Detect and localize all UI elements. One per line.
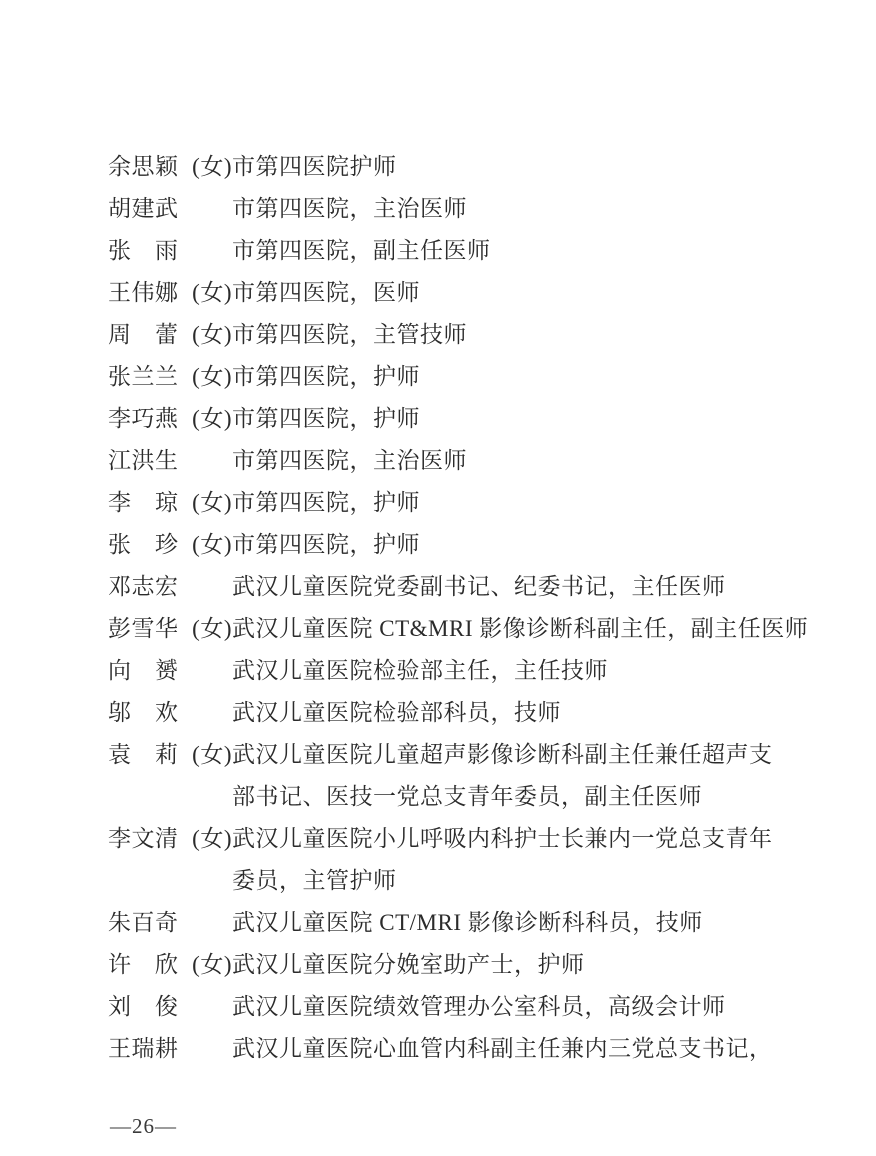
position-text: 市第四医院，主管技师 [232,314,814,356]
gender-marker: (女) [192,734,232,776]
roster-entry: 朱百奇 武汉儿童医院 CT/MRI 影像诊断科科员，技师 [108,902,814,944]
gender-marker: (女) [192,356,232,398]
person-name: 王瑞耕 [108,1028,179,1070]
position-line: 市第四医院，副主任医师 [232,230,814,272]
position-text: 武汉儿童医院小儿呼吸内科护士长兼内一党总支青年委员，主管护师 [232,818,814,902]
gender-marker: (女) [192,482,232,524]
position-line: 市第四医院护师 [232,146,814,188]
person-name-cell: 周 蕾 (女) [108,314,232,356]
position-line: 市第四医院，护师 [232,524,814,566]
person-name: 刘 俊 [108,986,179,1028]
position-line: 市第四医院，主治医师 [232,440,814,482]
roster-entry: 李文清 (女) 武汉儿童医院小儿呼吸内科护士长兼内一党总支青年委员，主管护师 [108,818,814,902]
person-name: 王伟娜 [108,272,179,314]
person-name-cell: 邬 欢 [108,692,232,734]
gender-marker: (女) [192,272,232,314]
position-text: 武汉儿童医院检验部科员，技师 [232,692,814,734]
position-line: 武汉儿童医院小儿呼吸内科护士长兼内一党总支青年 [232,818,814,860]
person-name-cell: 江洪生 [108,440,232,482]
position-text: 市第四医院，医师 [232,272,814,314]
gender-marker: (女) [192,944,232,986]
position-line: 委员，主管护师 [232,860,814,902]
position-text: 市第四医院，主治医师 [232,188,814,230]
person-name-cell: 刘 俊 [108,986,232,1028]
gender-marker: (女) [192,608,232,650]
position-text: 市第四医院，护师 [232,356,814,398]
position-text: 市第四医院，护师 [232,482,814,524]
person-name: 邓志宏 [108,566,179,608]
person-name: 胡建武 [108,188,179,230]
roster-entry: 彭雪华 (女) 武汉儿童医院 CT&MRI 影像诊断科副主任，副主任医师 [108,608,814,650]
person-name: 周 蕾 [108,314,179,356]
roster-entry: 胡建武 市第四医院，主治医师 [108,188,814,230]
position-line: 武汉儿童医院绩效管理办公室科员，高级会计师 [232,986,814,1028]
roster-entry: 王瑞耕 武汉儿童医院心血管内科副主任兼内三党总支书记， [108,1028,814,1070]
roster-entry: 李 琼 (女) 市第四医院，护师 [108,482,814,524]
position-line: 武汉儿童医院心血管内科副主任兼内三党总支书记， [232,1028,814,1070]
person-name: 李巧燕 [108,398,179,440]
person-name-cell: 张兰兰 (女) [108,356,232,398]
person-name: 张 珍 [108,524,179,566]
position-text: 武汉儿童医院儿童超声影像诊断科副主任兼任超声支部书记、医技一党总支青年委员，副主… [232,734,814,818]
position-line: 市第四医院，主管技师 [232,314,814,356]
position-line: 市第四医院，护师 [232,482,814,524]
person-name-cell: 李巧燕 (女) [108,398,232,440]
person-name: 许 欣 [108,944,179,986]
position-text: 市第四医院，护师 [232,524,814,566]
person-name-cell: 张 雨 [108,230,232,272]
position-line: 市第四医院，医师 [232,272,814,314]
person-name-cell: 王瑞耕 [108,1028,232,1070]
person-name: 李文清 [108,818,179,860]
gender-marker: (女) [192,818,232,860]
person-name-cell: 邓志宏 [108,566,232,608]
roster-entry: 王伟娜 (女) 市第四医院，医师 [108,272,814,314]
person-name: 邬 欢 [108,692,179,734]
person-name-cell: 许 欣 (女) [108,944,232,986]
person-name-cell: 向 赟 [108,650,232,692]
person-name: 袁 莉 [108,734,179,776]
position-line: 武汉儿童医院检验部科员，技师 [232,692,814,734]
position-line: 武汉儿童医院 CT/MRI 影像诊断科科员，技师 [232,902,814,944]
person-name-cell: 彭雪华 (女) [108,608,232,650]
position-text: 武汉儿童医院 CT&MRI 影像诊断科副主任，副主任医师 [232,608,814,650]
position-line: 武汉儿童医院党委副书记、纪委书记，主任医师 [232,566,814,608]
document-page: 余思颖 (女) 市第四医院护师 胡建武 市第四医院，主治医师 张 雨 市第四医院… [0,0,876,1156]
position-text: 市第四医院，主治医师 [232,440,814,482]
position-text: 武汉儿童医院分娩室助产士，护师 [232,944,814,986]
roster-entry: 向 赟 武汉儿童医院检验部主任，主任技师 [108,650,814,692]
position-line: 武汉儿童医院儿童超声影像诊断科副主任兼任超声支 [232,734,814,776]
roster-entry: 余思颖 (女) 市第四医院护师 [108,146,814,188]
roster-entry: 江洪生 市第四医院，主治医师 [108,440,814,482]
person-name: 江洪生 [108,440,179,482]
roster-list: 余思颖 (女) 市第四医院护师 胡建武 市第四医院，主治医师 张 雨 市第四医院… [108,146,814,1070]
gender-marker: (女) [192,398,232,440]
position-text: 武汉儿童医院检验部主任，主任技师 [232,650,814,692]
roster-entry: 邓志宏 武汉儿童医院党委副书记、纪委书记，主任医师 [108,566,814,608]
person-name-cell: 余思颖 (女) [108,146,232,188]
gender-marker: (女) [192,524,232,566]
position-line: 武汉儿童医院检验部主任，主任技师 [232,650,814,692]
position-line: 部书记、医技一党总支青年委员，副主任医师 [232,776,814,818]
person-name: 朱百奇 [108,902,179,944]
roster-entry: 刘 俊 武汉儿童医院绩效管理办公室科员，高级会计师 [108,986,814,1028]
roster-entry: 张 雨 市第四医院，副主任医师 [108,230,814,272]
page-number: —26— [110,1114,177,1139]
person-name: 张 雨 [108,230,179,272]
roster-entry: 张兰兰 (女) 市第四医院，护师 [108,356,814,398]
person-name: 彭雪华 [108,608,179,650]
person-name-cell: 朱百奇 [108,902,232,944]
position-text: 市第四医院护师 [232,146,814,188]
roster-entry: 许 欣 (女) 武汉儿童医院分娩室助产士，护师 [108,944,814,986]
position-text: 市第四医院，护师 [232,398,814,440]
roster-entry: 张 珍 (女) 市第四医院，护师 [108,524,814,566]
position-text: 武汉儿童医院绩效管理办公室科员，高级会计师 [232,986,814,1028]
person-name: 李 琼 [108,482,179,524]
position-text: 市第四医院，副主任医师 [232,230,814,272]
person-name-cell: 张 珍 (女) [108,524,232,566]
position-line: 市第四医院，护师 [232,398,814,440]
roster-entry: 周 蕾 (女) 市第四医院，主管技师 [108,314,814,356]
position-text: 武汉儿童医院党委副书记、纪委书记，主任医师 [232,566,814,608]
person-name-cell: 李 琼 (女) [108,482,232,524]
person-name-cell: 李文清 (女) [108,818,232,860]
roster-entry: 李巧燕 (女) 市第四医院，护师 [108,398,814,440]
gender-marker: (女) [192,146,232,188]
position-text: 武汉儿童医院 CT/MRI 影像诊断科科员，技师 [232,902,814,944]
position-line: 武汉儿童医院分娩室助产士，护师 [232,944,814,986]
person-name: 余思颖 [108,146,179,188]
person-name: 向 赟 [108,650,179,692]
roster-entry: 邬 欢 武汉儿童医院检验部科员，技师 [108,692,814,734]
position-line: 武汉儿童医院 CT&MRI 影像诊断科副主任，副主任医师 [232,608,814,650]
person-name-cell: 胡建武 [108,188,232,230]
gender-marker: (女) [192,314,232,356]
position-line: 市第四医院，主治医师 [232,188,814,230]
position-line: 市第四医院，护师 [232,356,814,398]
person-name-cell: 袁 莉 (女) [108,734,232,776]
roster-entry: 袁 莉 (女) 武汉儿童医院儿童超声影像诊断科副主任兼任超声支部书记、医技一党总… [108,734,814,818]
person-name-cell: 王伟娜 (女) [108,272,232,314]
person-name: 张兰兰 [108,356,179,398]
position-text: 武汉儿童医院心血管内科副主任兼内三党总支书记， [232,1028,814,1070]
